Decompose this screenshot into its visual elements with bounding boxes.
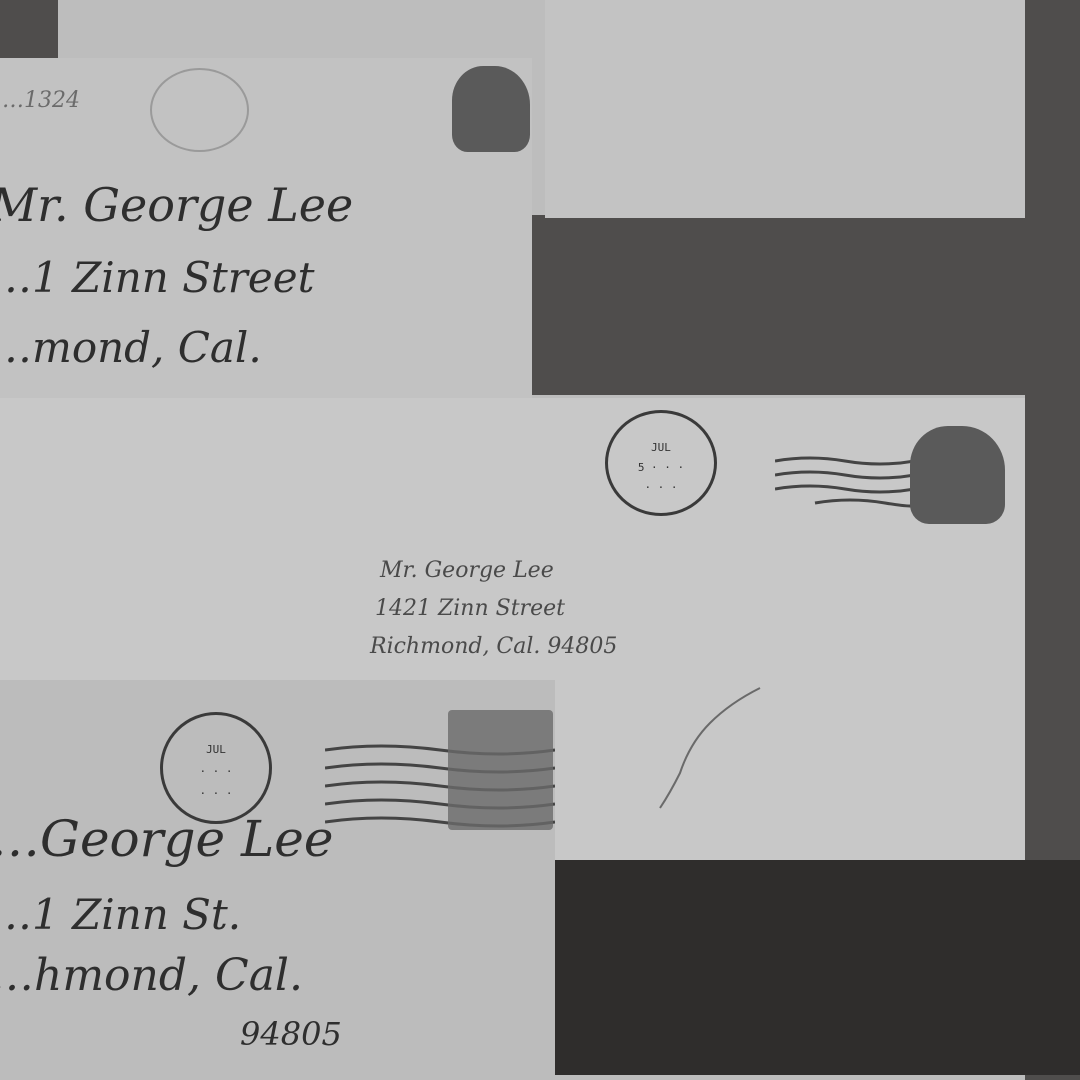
address-line-2: …1 Zinn St.	[0, 890, 241, 939]
cancel-lines	[775, 453, 915, 513]
photo-page: …1324 Mr. George Lee …1 Zinn Street …mon…	[0, 0, 1080, 1080]
cancelled-stamp-icon	[448, 710, 553, 830]
address-line-3: Richmond, Cal. 94805	[370, 634, 617, 659]
address-line-3: …mond, Cal.	[0, 323, 262, 372]
portrait-stamp-icon	[452, 66, 530, 152]
blank-paper-top	[545, 0, 1025, 218]
envelope-bottom-left: JUL · · · · · · …George Lee …1 Zinn St. …	[0, 680, 555, 1080]
background-bottom-block	[545, 860, 1080, 1075]
portrait-stamp-icon	[910, 426, 1005, 524]
background-middle-block	[530, 215, 1080, 395]
envelope-top-left: …1324 Mr. George Lee …1 Zinn Street …mon…	[0, 58, 532, 398]
postmark: JUL 5 · · · · · ·	[605, 410, 717, 516]
zip-code: 94805	[240, 1015, 342, 1053]
address-line-2: 1421 Zinn Street	[375, 596, 565, 621]
address-line-1: …George Lee	[0, 810, 333, 868]
postmark	[150, 68, 249, 152]
address-line-1: Mr. George Lee	[0, 178, 353, 232]
address-line-2: …1 Zinn Street	[0, 253, 314, 302]
corner-note: …1324	[2, 88, 80, 113]
background-top-left	[0, 0, 58, 58]
address-line-3: …hmond, Cal.	[0, 950, 303, 1001]
postmark: JUL · · · · · ·	[160, 712, 272, 824]
signature-scribble	[650, 683, 770, 813]
address-line-1: Mr. George Lee	[380, 558, 554, 583]
